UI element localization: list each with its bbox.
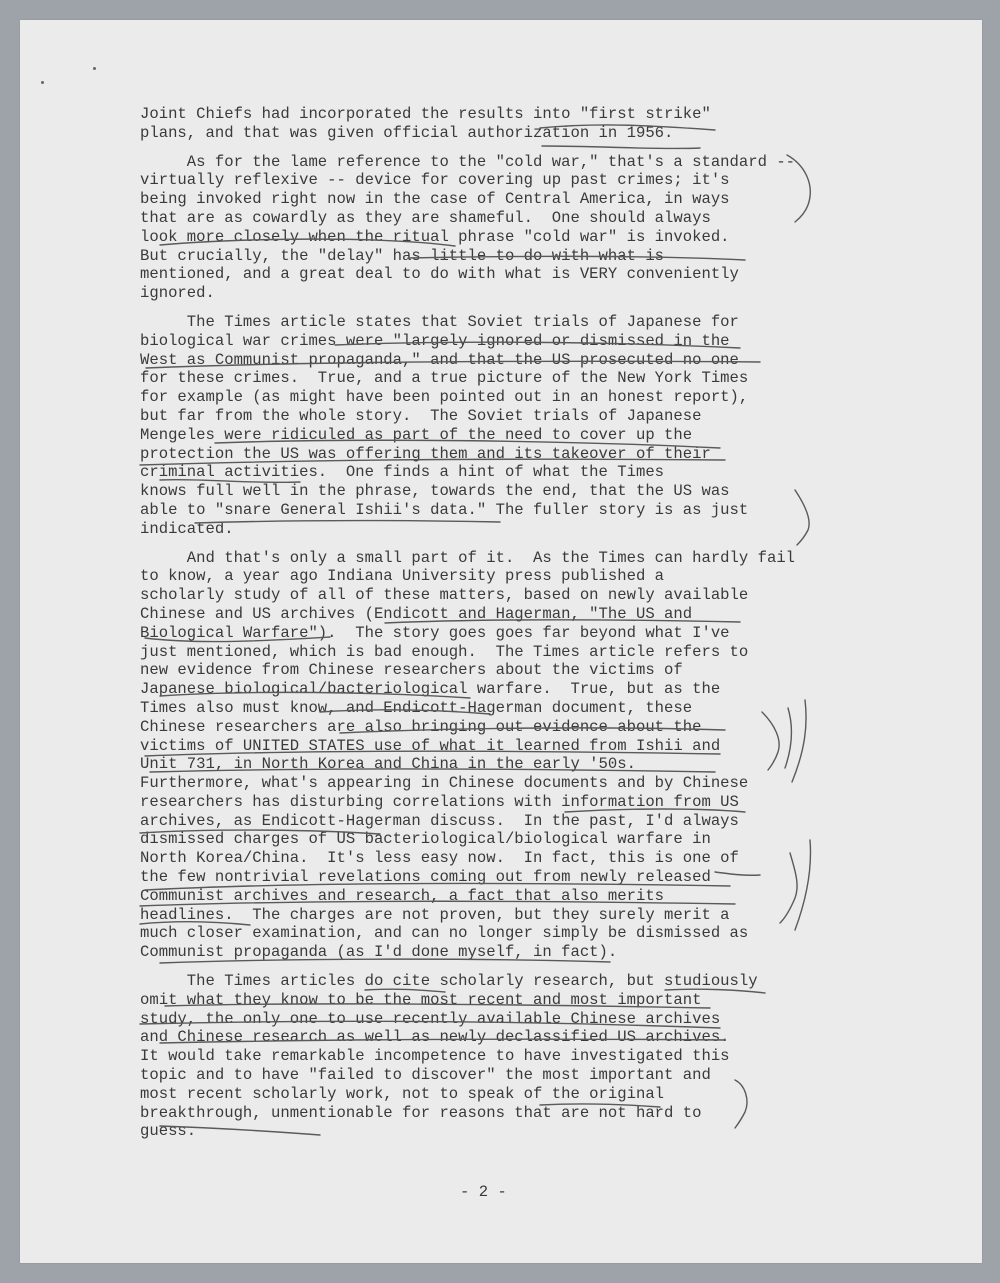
text-line: for example (as might have been pointed … [140,388,900,407]
text-line: ignored. [140,284,900,303]
text-line: new evidence from Chinese researchers ab… [140,661,900,680]
text-line: look more closely when the ritual phrase… [140,228,900,247]
text-line: Times also must know, and Endicott-Hager… [140,699,900,718]
text-line: researchers has disturbing correlations … [140,793,900,812]
text-line: being invoked right now in the case of C… [140,190,900,209]
text-line: study, the only one to use recently avai… [140,1010,900,1029]
page-number: - 2 - [460,1183,507,1201]
document-body: Joint Chiefs had incorporated the result… [140,105,900,1151]
text-line: Chinese researchers are also bringing ou… [140,718,900,737]
text-line: headlines. The charges are not proven, b… [140,906,900,925]
text-line: scholarly study of all of these matters,… [140,586,900,605]
text-line: As for the lame reference to the "cold w… [140,153,900,172]
paper-speck [41,81,44,84]
text-line: West as Communist propaganda," and that … [140,351,900,370]
text-line: guess. [140,1122,900,1141]
text-line: indicated. [140,520,900,539]
paragraph: And that's only a small part of it. As t… [140,549,900,963]
text-line: just mentioned, which is bad enough. The… [140,643,900,662]
text-line: virtually reflexive -- device for coveri… [140,171,900,190]
text-line: most recent scholarly work, not to speak… [140,1085,900,1104]
text-line: to know, a year ago Indiana University p… [140,567,900,586]
text-line: biological war crimes were "largely igno… [140,332,900,351]
text-line: knows full well in the phrase, towards t… [140,482,900,501]
text-line: breakthrough, unmentionable for reasons … [140,1104,900,1123]
text-line: And that's only a small part of it. As t… [140,549,900,568]
text-line: Unit 731, in North Korea and China in th… [140,755,900,774]
text-line: Chinese and US archives (Endicott and Ha… [140,605,900,624]
text-line: much closer examination, and can no long… [140,924,900,943]
text-line: Communist propaganda (as I'd done myself… [140,943,900,962]
text-line: archives, as Endicott-Hagerman discuss. … [140,812,900,831]
text-line: Biological Warfare"). The story goes goe… [140,624,900,643]
text-line: but far from the whole story. The Soviet… [140,407,900,426]
document-page: Joint Chiefs had incorporated the result… [20,20,982,1263]
text-line: victims of UNITED STATES use of what it … [140,737,900,756]
paragraph: The Times article states that Soviet tri… [140,313,900,539]
text-line: mentioned, and a great deal to do with w… [140,265,900,284]
text-line: Furthermore, what's appearing in Chinese… [140,774,900,793]
text-line: Communist archives and research, a fact … [140,887,900,906]
text-line: The Times articles do cite scholarly res… [140,972,900,991]
text-line: It would take remarkable incompetence to… [140,1047,900,1066]
paragraph: The Times articles do cite scholarly res… [140,972,900,1141]
text-line: dismissed charges of US bacteriological/… [140,830,900,849]
text-line: plans, and that was given official autho… [140,124,900,143]
text-line: The Times article states that Soviet tri… [140,313,900,332]
text-line: omit what they know to be the most recen… [140,991,900,1010]
text-line: Japanese biological/bacteriological warf… [140,680,900,699]
paper-speck [93,67,96,70]
text-line: for these crimes. True, and a true pictu… [140,369,900,388]
paragraph: Joint Chiefs had incorporated the result… [140,105,900,143]
text-line: that are as cowardly as they are shamefu… [140,209,900,228]
text-line: the few nontrivial revelations coming ou… [140,868,900,887]
text-line: criminal activities. One finds a hint of… [140,463,900,482]
text-line: able to "snare General Ishii's data." Th… [140,501,900,520]
text-line: Joint Chiefs had incorporated the result… [140,105,900,124]
paragraph: As for the lame reference to the "cold w… [140,153,900,303]
text-line: topic and to have "failed to discover" t… [140,1066,900,1085]
text-line: North Korea/China. It's less easy now. I… [140,849,900,868]
text-line: But crucially, the "delay" has little to… [140,247,900,266]
text-line: Mengeles were ridiculed as part of the n… [140,426,900,445]
text-line: and Chinese research as well as newly de… [140,1028,900,1047]
text-line: protection the US was offering them and … [140,445,900,464]
